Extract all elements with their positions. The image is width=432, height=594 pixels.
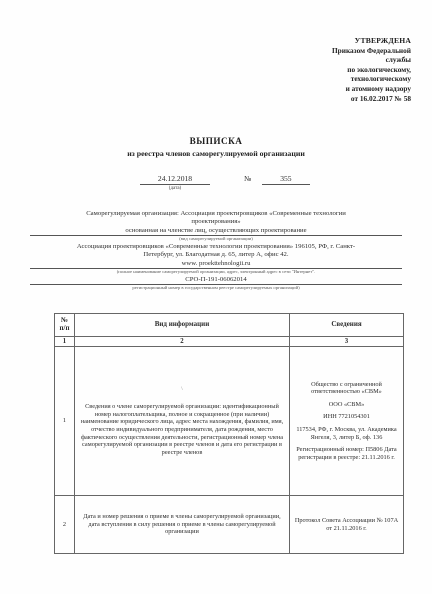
table-header-row: № п/п Вид информации Сведения <box>55 314 404 337</box>
approval-line: технологическому <box>271 74 411 84</box>
organization-block: Саморегулируемая организация: Ассоциация… <box>30 210 402 292</box>
number-symbol: № <box>244 174 260 183</box>
org-full-name-caption: (полное наименование саморегулируемой ор… <box>30 269 402 276</box>
date-caption: (дата) <box>140 186 210 191</box>
document-subtitle: из реестра членов саморегулируемой орган… <box>0 149 432 158</box>
column-number: 1 <box>55 337 75 347</box>
registry-table: № п/п Вид информации Сведения 1 2 3 1 \ … <box>54 313 404 554</box>
column-number-row: 1 2 3 <box>55 337 404 347</box>
member-address: 117534, РФ, г. Москва, ул. Академика Янг… <box>293 426 400 441</box>
document-title: ВЫПИСКА <box>0 136 432 146</box>
date-number-row: 24.12.2018 (дата) № 355 <box>0 174 432 194</box>
row-info: Дата и номер решения о приеме в члены са… <box>75 496 290 554</box>
decision-protocol: Протокол Совета Ассоциации № 107А от 21.… <box>293 517 400 532</box>
approval-line: и атомному надзору <box>271 84 411 94</box>
row-info-text: Сведения о члене саморегулируемой органи… <box>81 403 283 456</box>
approval-line: Приказом Федеральной <box>271 46 411 56</box>
number-value: 355 <box>262 174 310 185</box>
approval-stamp: УТВЕРЖДЕНА Приказом Федеральной службы п… <box>271 36 411 103</box>
header-number: № п/п <box>55 314 75 337</box>
header-info-type: Вид информации <box>75 314 290 337</box>
org-type-line: Саморегулируемая организация: Ассоциация… <box>30 210 402 218</box>
date-field: 24.12.2018 (дата) <box>140 174 210 191</box>
number-field: № 355 <box>244 174 310 185</box>
org-type-line: основанная на членстве лиц, осуществляющ… <box>30 227 402 236</box>
row-number: 2 <box>55 496 75 554</box>
member-registration: Регистрационный номер: П5806 Дата регист… <box>293 446 400 461</box>
header-details: Сведения <box>290 314 404 337</box>
row-details: Общество с ограниченной ответственностью… <box>290 347 404 496</box>
column-number: 2 <box>75 337 290 347</box>
member-short-name: ООО «СВМ» <box>293 401 400 409</box>
org-full-name-line: Ассоциация проектировщиков «Современные … <box>30 243 402 251</box>
column-number: 3 <box>290 337 404 347</box>
handwritten-mark: \ <box>78 386 286 394</box>
table-row: 2 Дата и номер решения о приеме в члены … <box>55 496 404 554</box>
org-reg-number-caption: регистрационный номер в государственном … <box>30 285 402 292</box>
document-page: УТВЕРЖДЕНА Приказом Федеральной службы п… <box>0 0 432 594</box>
org-reg-number: СРО-П-191-06062014 <box>30 276 402 285</box>
document-heading: ВЫПИСКА из реестра членов саморегулируем… <box>0 136 432 158</box>
org-type-caption: (вид саморегулируемой организации) <box>30 236 402 243</box>
table-row: 1 \ Сведения о члене саморегулируемой ор… <box>55 347 404 496</box>
member-inn: ИНН 7721054301 <box>293 413 400 421</box>
approval-line: по экологическому, <box>271 65 411 75</box>
approval-line: службы <box>271 55 411 65</box>
org-type-line: проектирования» <box>30 218 402 226</box>
approval-line: от 16.02.2017 № 58 <box>271 94 411 104</box>
row-details: Протокол Совета Ассоциации № 107А от 21.… <box>290 496 404 554</box>
row-number: 1 <box>55 347 75 496</box>
approval-title: УТВЕРЖДЕНА <box>271 36 411 46</box>
org-website: www. proekttehnologii.ru <box>30 260 402 269</box>
row-info: \ Сведения о члене саморегулируемой орга… <box>75 347 290 496</box>
date-value: 24.12.2018 <box>140 174 210 185</box>
org-full-name-line: Петербург, ул. Благодатная д. 65, литер … <box>30 251 402 259</box>
member-full-name: Общество с ограниченной ответственностью… <box>293 381 400 396</box>
